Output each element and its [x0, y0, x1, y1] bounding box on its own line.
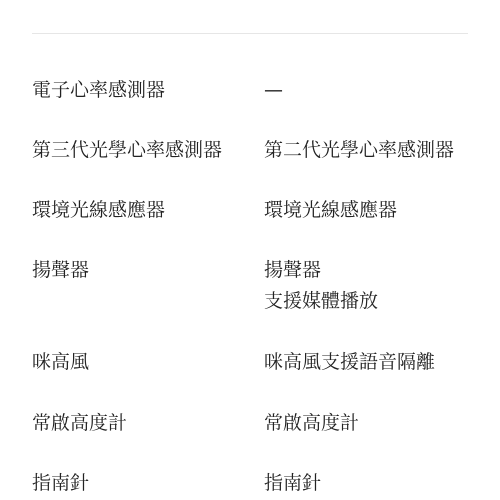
feature-unavailable-dash: — [264, 75, 283, 106]
feature-label: 指南針 [264, 468, 321, 499]
left-cell: 揚聲器 [32, 255, 89, 286]
left-cell: 環境光線感應器 [32, 195, 165, 226]
feature-label: 環境光線感應器 [264, 195, 397, 226]
left-cell: 咪高風 [32, 347, 89, 378]
feature-label: 電子心率感測器 [32, 75, 165, 106]
feature-label: 咪高風支援語音隔離 [264, 347, 435, 378]
right-cell: 常啟高度計 [264, 408, 359, 439]
feature-label: 環境光線感應器 [32, 195, 165, 226]
feature-label: 第三代光學心率感測器 [32, 135, 222, 166]
right-cell: 咪高風支援語音隔離 [264, 347, 435, 378]
feature-label: 指南針 [32, 468, 89, 499]
feature-label: 第二代光學心率感測器 [264, 135, 454, 166]
feature-detail: 支援媒體播放 [264, 286, 378, 317]
feature-label: 揚聲器 [264, 255, 378, 286]
right-cell: — [264, 75, 283, 106]
left-cell: 電子心率感測器 [32, 75, 165, 106]
feature-label: 常啟高度計 [32, 408, 127, 439]
top-divider [32, 33, 468, 34]
feature-label: 咪高風 [32, 347, 89, 378]
right-cell: 環境光線感應器 [264, 195, 397, 226]
left-cell: 第三代光學心率感測器 [32, 135, 222, 166]
left-cell: 指南針 [32, 468, 89, 499]
right-cell: 第二代光學心率感測器 [264, 135, 454, 166]
right-cell: 揚聲器 支援媒體播放 [264, 255, 378, 317]
left-cell: 常啟高度計 [32, 408, 127, 439]
feature-label: 常啟高度計 [264, 408, 359, 439]
feature-label: 揚聲器 [32, 255, 89, 286]
right-cell: 指南針 [264, 468, 321, 499]
